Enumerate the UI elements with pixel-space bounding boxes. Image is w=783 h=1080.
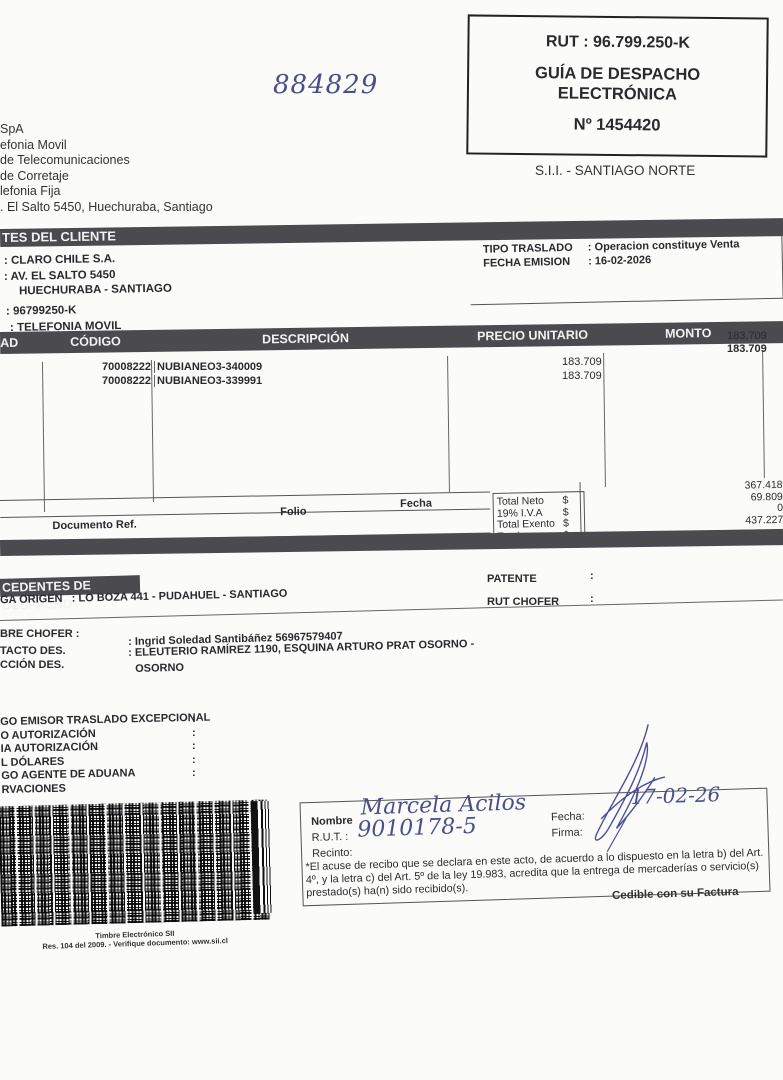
direccion-value-line2: OSORNO: [135, 662, 184, 676]
handwritten-reference-number: 884829: [273, 70, 378, 100]
barcode-stop-pattern: [251, 801, 274, 913]
rut-chofer-label: RUT CHOFER: [487, 596, 559, 609]
extra-field-value: :: [192, 767, 196, 781]
currency-symbol: $: [563, 495, 569, 507]
document-header-box: RUT : 96.799.250-K GUÍA DE DESPACHO ELEC…: [466, 14, 768, 157]
timbre-electronico: Timbre Electrónico SII Res. 104 del 2009…: [40, 927, 230, 951]
issuer-line: de Telecomunicaciones: [0, 153, 213, 169]
fecha-label: Fecha: [400, 497, 432, 510]
header-descripcion: DESCRIPCIÓN: [262, 331, 349, 346]
client-rut: : 96799250-K: [6, 303, 77, 318]
rut-chofer-value: :: [590, 593, 594, 606]
handwritten-receiver-rut: 9010178-5: [357, 814, 477, 843]
issuer-line: lefonia Fija: [0, 184, 213, 200]
chofer-label: BRE CHOFER :: [0, 628, 79, 641]
item-precio: 183.709: [562, 356, 602, 369]
extra-field-value: :: [192, 713, 196, 727]
totals-values: 367.418 69.809 0 437.227: [579, 478, 783, 534]
tipo-traslado-value: : Operacion constituye Venta: [588, 238, 740, 253]
item-codigo: 70008222: [102, 361, 151, 373]
client-address-line2: HUECHURABA - SANTIAGO: [19, 282, 172, 299]
extra-field-values: : : : : :: [192, 713, 196, 781]
patente-value: :: [590, 570, 594, 583]
total-exento-label: Total Exento: [497, 518, 555, 531]
extra-field-value: :: [192, 740, 196, 754]
header-cantidad: AD: [0, 336, 18, 350]
issuer-rut: RUT : 96.799.250-K: [469, 32, 766, 53]
contacto-label: TACTO DES.: [0, 645, 66, 658]
item-descripcion: NUBIANEO3-339991: [154, 375, 262, 387]
transfer-info: TIPO TRASLADO: Operacion constituye Vent…: [483, 237, 740, 270]
pdf417-barcode: [0, 799, 272, 926]
extra-field-value: :: [192, 754, 196, 768]
header-codigo: CÓDIGO: [70, 334, 121, 349]
item-descripcion: NUBIANEO3-340009: [154, 361, 262, 373]
item-monto: 183.709: [727, 330, 767, 343]
fecha-emision-label: FECHA EMISION: [483, 254, 588, 270]
header-monto: MONTO: [665, 326, 711, 341]
document-type: GUÍA DE DESPACHO ELECTRÓNICA: [469, 62, 766, 105]
document-type-line2: ELECTRÓNICA: [469, 82, 766, 105]
items-table-body: 70008222 NUBIANEO3-340009 70008222 NUBIA…: [0, 356, 783, 496]
document-number: Nº 1454420: [468, 114, 765, 136]
origen-label: GA ORIGEN: [0, 593, 63, 606]
direccion-label: CCIÓN DES.: [0, 659, 64, 672]
item-monto: 183.709: [727, 343, 767, 356]
extra-fields: GO EMISOR TRASLADO EXCEPCIONAL O AUTORIZ…: [0, 712, 212, 797]
signature-icon: [568, 721, 682, 854]
cedible-notice: Cedible con su Factura: [612, 886, 739, 902]
table-row: 70008222 NUBIANEO3-339991: [102, 375, 262, 388]
extra-field-value: :: [192, 727, 196, 741]
rut-label: R.U.T. :: [311, 831, 348, 844]
item-codigo: 70008222: [102, 375, 151, 387]
issuer-line: SpA: [0, 122, 213, 138]
nombre-label: Nombre: [311, 815, 353, 828]
sii-office: S.I.I. - SANTIAGO NORTE: [535, 163, 695, 178]
documento-ref-label: Documento Ref.: [52, 519, 137, 532]
issuer-info: SpA efonia Movil de Telecomunicaciones d…: [0, 122, 213, 215]
currency-symbol: $: [563, 518, 569, 530]
issuer-line: efonia Movil: [0, 138, 213, 154]
header-precio-unitario: PRECIO UNITARIO: [477, 328, 588, 344]
patente-label: PATENTE: [487, 573, 537, 586]
item-precio: 183.709: [562, 370, 602, 383]
folio-label: Folio: [280, 506, 306, 518]
issuer-line: de Corretaje: [0, 169, 213, 185]
issuer-line: . El Salto 5450, Huechuraba, Santiago: [0, 200, 213, 216]
recinto-label: Recinto:: [312, 847, 353, 860]
client-name: : CLARO CHILE S.A.: [4, 252, 115, 268]
table-row: 70008222 NUBIANEO3-340009: [102, 361, 262, 374]
fecha-emision-value: : 16-02-2026: [588, 254, 651, 267]
client-address-line1: : AV. EL SALTO 5450: [4, 268, 116, 284]
